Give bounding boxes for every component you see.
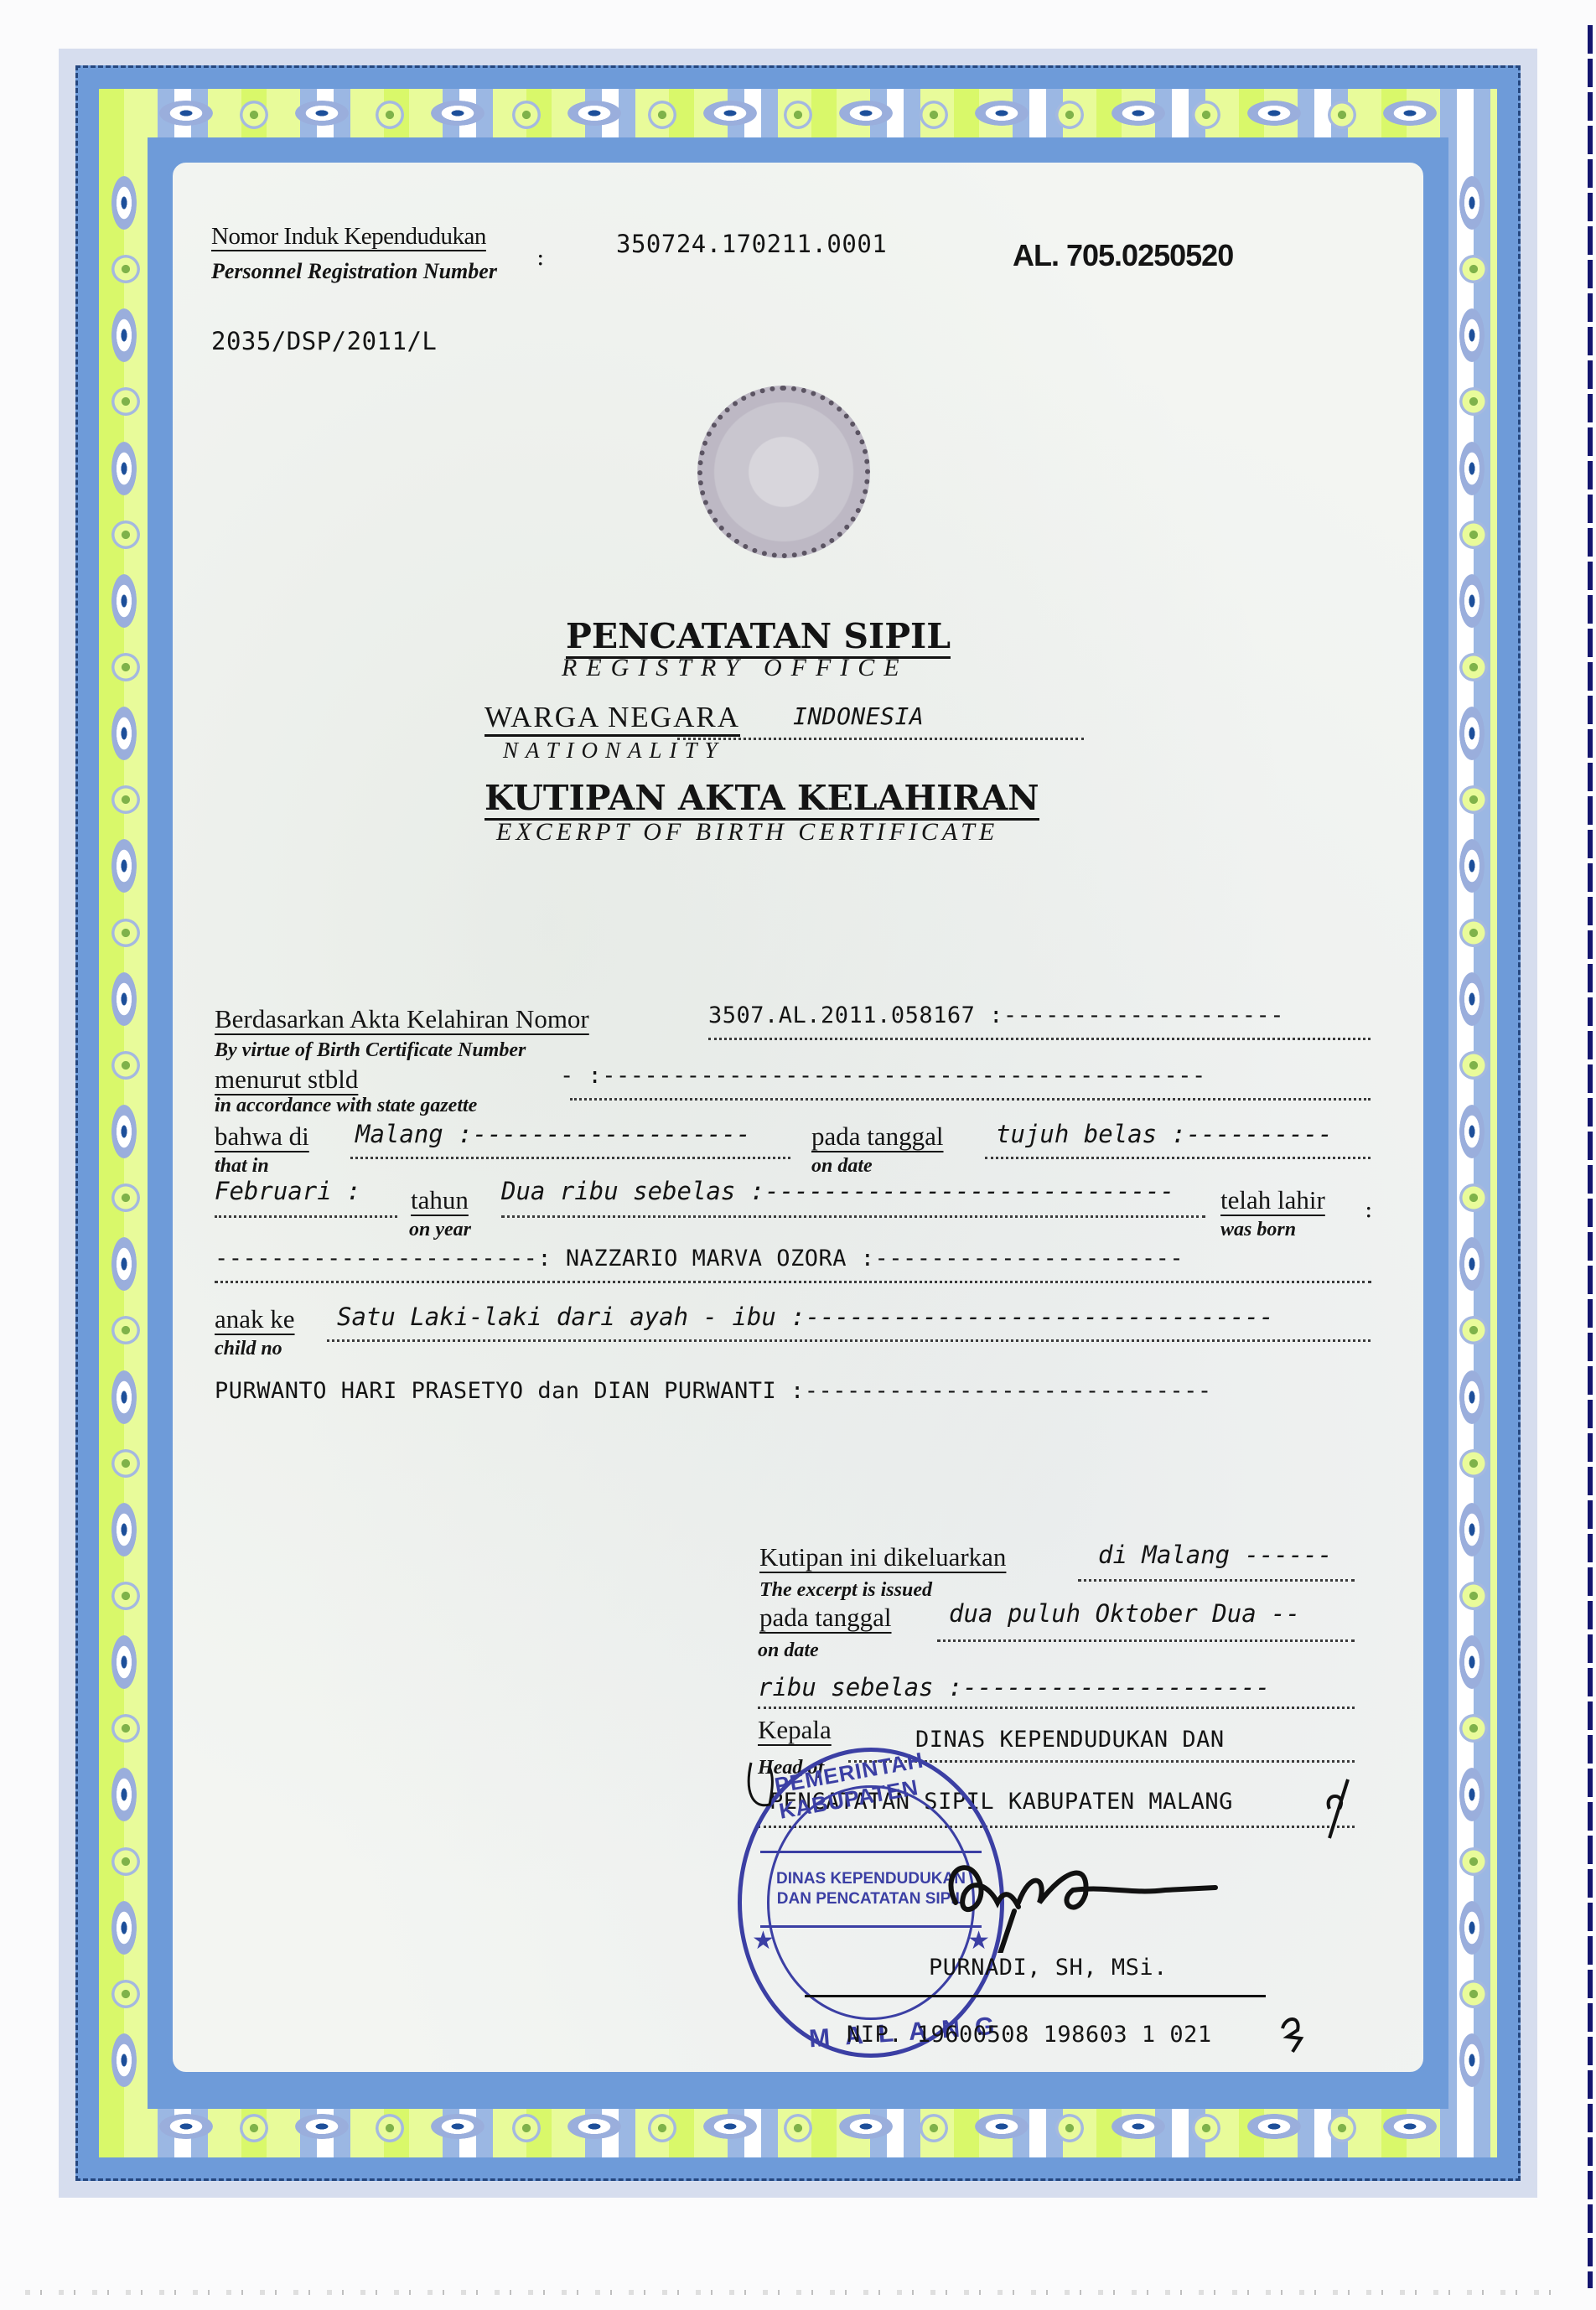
issued-value: di Malang ------ bbox=[1098, 1541, 1332, 1569]
birth-year-label-en: on year bbox=[409, 1219, 471, 1241]
border-ornament-icon bbox=[431, 2114, 484, 2139]
border-ornament-icon bbox=[111, 1237, 137, 1291]
border-ornament-icon bbox=[1459, 919, 1488, 947]
border-ornament-icon bbox=[376, 2114, 404, 2142]
border-ornament-icon bbox=[839, 101, 893, 126]
border-ornament-icon bbox=[1459, 1316, 1488, 1344]
border-ornament-icon bbox=[111, 1714, 140, 1743]
border-ornament-icon bbox=[567, 101, 621, 126]
garuda-emblem-icon bbox=[697, 386, 870, 558]
border-ornament-icon bbox=[1459, 1901, 1485, 1955]
border-motifs-left bbox=[111, 176, 140, 2087]
border-ornament-icon bbox=[1328, 2114, 1356, 2142]
border-ornament-icon bbox=[1383, 2114, 1437, 2139]
paraf-mark bbox=[1323, 1775, 1356, 1842]
border-ornament-icon bbox=[1459, 1768, 1485, 1821]
issue-date-dotted-line-1 bbox=[937, 1639, 1355, 1642]
border-ornament-icon bbox=[1459, 1051, 1488, 1080]
border-ornament-icon bbox=[1459, 1237, 1485, 1291]
border-ornament-icon bbox=[1459, 653, 1488, 681]
border-ornament-icon bbox=[159, 2114, 213, 2139]
signature-line bbox=[805, 1995, 1266, 1997]
stbld-label: menurut stbld bbox=[215, 1064, 358, 1095]
border-ornament-icon bbox=[1383, 101, 1437, 126]
border-ornament-icon bbox=[376, 101, 404, 129]
head-label: Kepala bbox=[758, 1715, 832, 1745]
border-ornament-icon bbox=[111, 1503, 137, 1556]
nik-label: Nomor Induk Kependudukan bbox=[211, 223, 486, 251]
border-ornament-icon bbox=[159, 101, 213, 126]
border-ornament-icon bbox=[1459, 2033, 1485, 2087]
initial-mark-left bbox=[744, 1758, 778, 1817]
star-icon: ★ bbox=[752, 1926, 775, 1955]
border-ornament-icon bbox=[1192, 2114, 1220, 2142]
registry-title-en: REGISTRY OFFICE bbox=[562, 654, 909, 682]
border-ornament-icon bbox=[648, 2114, 676, 2142]
border-ornament-icon bbox=[1111, 2114, 1165, 2139]
border-ornament-icon bbox=[648, 101, 676, 129]
border-ornament-icon bbox=[1459, 839, 1485, 893]
birth-year-value: Dua ribu sebelas :----------------------… bbox=[501, 1177, 1174, 1205]
border-motifs-top bbox=[159, 101, 1437, 129]
official-name: PURNADI, SH, MSi. bbox=[929, 1955, 1168, 1981]
border-ornament-icon bbox=[111, 1980, 140, 2008]
border-ornament-icon bbox=[1459, 972, 1485, 1026]
border-ornament-icon bbox=[111, 653, 140, 681]
border-ornament-icon bbox=[1459, 1980, 1488, 2008]
border-ornament-icon bbox=[111, 1847, 140, 1876]
border-ornament-icon bbox=[1459, 1582, 1488, 1610]
border-ornament-icon bbox=[1459, 574, 1485, 628]
border-ornament-icon bbox=[111, 707, 137, 760]
border-ornament-icon bbox=[111, 1105, 137, 1158]
border-ornament-icon bbox=[1459, 1714, 1488, 1743]
border-ornament-icon bbox=[784, 2114, 812, 2142]
border-ornament-icon bbox=[1459, 1635, 1485, 1689]
stbld-dotted-line bbox=[570, 1098, 1371, 1101]
birth-year-dotted-line bbox=[501, 1215, 1205, 1218]
border-ornament-icon bbox=[1459, 387, 1488, 416]
border-ornament-icon bbox=[1459, 521, 1488, 549]
border-ornament-icon bbox=[1247, 2114, 1301, 2139]
border-ornament-icon bbox=[1459, 1105, 1485, 1158]
was-born-label-en: was born bbox=[1220, 1219, 1296, 1241]
border-ornament-icon bbox=[1459, 707, 1485, 760]
birthplace-value: Malang :------------------- bbox=[355, 1120, 750, 1148]
birthdate-value: tujuh belas :---------- bbox=[996, 1120, 1333, 1148]
birthdate-dotted-line bbox=[985, 1157, 1371, 1159]
border-ornament-icon bbox=[512, 2114, 541, 2142]
border-ornament-icon bbox=[975, 101, 1029, 126]
issued-label: Kutipan ini dikeluarkan bbox=[759, 1542, 1006, 1572]
border-ornament-icon bbox=[1055, 2114, 1084, 2142]
reference-number: 2035/DSP/2011/L bbox=[211, 327, 437, 355]
border-ornament-icon bbox=[111, 442, 137, 495]
birthdate-label-en: on date bbox=[811, 1155, 873, 1178]
border-ornament-icon bbox=[1459, 785, 1488, 814]
nationality-label-en: NATIONALITY bbox=[503, 738, 725, 764]
border-ornament-icon bbox=[1459, 1370, 1485, 1424]
border-ornament-icon bbox=[111, 521, 140, 549]
border-ornament-icon bbox=[111, 839, 137, 893]
was-born-label: telah lahir bbox=[1220, 1185, 1325, 1215]
border-ornament-icon bbox=[1459, 1847, 1488, 1876]
main-title-en: EXCERPT OF BIRTH CERTIFICATE bbox=[496, 818, 998, 847]
nationality-label: WARGA NEGARA bbox=[484, 701, 740, 737]
stbld-label-en: in accordance with state gazette bbox=[215, 1095, 477, 1117]
border-ornament-icon bbox=[784, 101, 812, 129]
child-no-value: Satu Laki-laki dari ayah - ibu :--------… bbox=[337, 1303, 1273, 1331]
paraf-mark-nip bbox=[1276, 2012, 1309, 2054]
issue-date-dotted-line-2 bbox=[758, 1707, 1355, 1709]
birth-month-dotted-line bbox=[215, 1215, 397, 1218]
stamp-center-line-2: DAN PENCATATAN SIPIL bbox=[777, 1889, 965, 1909]
nik-colon: : bbox=[536, 243, 544, 271]
birth-month-value: Februari : bbox=[215, 1177, 361, 1205]
border-ornament-icon bbox=[111, 1316, 140, 1344]
border-ornament-icon bbox=[111, 1582, 140, 1610]
border-ornament-icon bbox=[1459, 1449, 1488, 1478]
child-name-dotted-line bbox=[215, 1281, 1371, 1283]
border-ornament-icon bbox=[512, 101, 541, 129]
border-ornament-icon bbox=[1459, 176, 1485, 230]
border-ornament-icon bbox=[839, 2114, 893, 2139]
border-ornament-icon bbox=[111, 176, 137, 230]
nik-sublabel: Personnel Registration Number bbox=[211, 259, 497, 284]
border-ornament-icon bbox=[240, 101, 268, 129]
child-no-label-en: child no bbox=[215, 1338, 282, 1360]
border-ornament-icon bbox=[1459, 308, 1485, 362]
birth-year-label: tahun bbox=[411, 1185, 469, 1215]
border-ornament-icon bbox=[431, 101, 484, 126]
child-no-dotted-line bbox=[327, 1339, 1371, 1342]
child-no-label: anak ke bbox=[215, 1304, 295, 1334]
was-born-colon: : bbox=[1365, 1195, 1372, 1223]
issue-date-label: pada tanggal bbox=[759, 1603, 892, 1633]
border-ornament-icon bbox=[1459, 1503, 1485, 1556]
border-ornament-icon bbox=[1055, 101, 1084, 129]
border-ornament-icon bbox=[111, 1635, 137, 1689]
birthplace-dotted-line bbox=[350, 1157, 790, 1159]
official-nip: NIP. 19600508 198603 1 021 bbox=[847, 2022, 1212, 2048]
border-ornament-icon bbox=[111, 2033, 137, 2087]
nationality-dotted-line bbox=[677, 738, 1084, 740]
issue-date-label-en: on date bbox=[758, 1639, 819, 1662]
birthplace-label: bahwa di bbox=[215, 1121, 309, 1152]
issued-label-en: The excerpt is issued bbox=[759, 1579, 932, 1602]
official-signature bbox=[939, 1852, 1232, 1953]
nik-value: 350724.170211.0001 bbox=[616, 230, 887, 258]
issue-date-value-1: dua puluh Oktober Dua -- bbox=[949, 1599, 1300, 1628]
border-ornament-icon bbox=[1459, 255, 1488, 283]
border-ornament-icon bbox=[111, 1449, 140, 1478]
parents-value: PURWANTO HARI PRASETYO dan DIAN PURWANTI… bbox=[215, 1378, 1212, 1404]
border-ornament-icon bbox=[1111, 101, 1165, 126]
border-ornament-icon bbox=[1328, 101, 1356, 129]
border-ornament-icon bbox=[975, 2114, 1029, 2139]
border-ornament-icon bbox=[703, 101, 757, 126]
border-ornament-icon bbox=[1247, 101, 1301, 126]
cert-no-label-en: By virtue of Birth Certificate Number bbox=[215, 1039, 526, 1062]
serial-number: AL. 705.0250520 bbox=[1013, 238, 1233, 273]
stamp-center-line-1: DINAS KEPENDUDUKAN bbox=[776, 1869, 966, 1889]
border-ornament-icon bbox=[111, 919, 140, 947]
border-ornament-icon bbox=[920, 2114, 948, 2142]
border-ornament-icon bbox=[295, 101, 349, 126]
border-ornament-icon bbox=[111, 1051, 140, 1080]
border-ornament-icon bbox=[111, 1183, 140, 1212]
border-ornament-icon bbox=[111, 1901, 137, 1955]
border-ornament-icon bbox=[240, 2114, 268, 2142]
child-name-value: -----------------------: NAZZARIO MARVA … bbox=[215, 1246, 1184, 1272]
birthdate-label: pada tanggal bbox=[811, 1121, 944, 1152]
border-ornament-icon bbox=[111, 255, 140, 283]
main-title: KUTIPAN AKTA KELAHIRAN bbox=[484, 778, 1039, 821]
border-ornament-icon bbox=[111, 574, 137, 628]
issued-dotted-line bbox=[1078, 1579, 1355, 1582]
nationality-value: INDONESIA bbox=[793, 702, 924, 730]
border-motifs-right bbox=[1459, 176, 1488, 2087]
border-ornament-icon bbox=[111, 785, 140, 814]
border-ornament-icon bbox=[111, 1370, 137, 1424]
cert-no-label: Berdasarkan Akta Kelahiran Nomor bbox=[215, 1004, 589, 1034]
cert-no-value: 3507.AL.2011.058167 :-------------------… bbox=[708, 1002, 1284, 1028]
cert-no-dotted-line bbox=[708, 1038, 1371, 1040]
border-ornament-icon bbox=[111, 1768, 137, 1821]
border-ornament-icon bbox=[703, 2114, 757, 2139]
border-ornament-icon bbox=[111, 972, 137, 1026]
scan-edge-strip bbox=[1588, 25, 1593, 2288]
border-ornament-icon bbox=[111, 387, 140, 416]
scan-artifact-line bbox=[25, 2290, 1562, 2295]
border-ornament-icon bbox=[1192, 101, 1220, 129]
border-ornament-icon bbox=[1459, 1183, 1488, 1212]
border-motifs-bottom bbox=[159, 2114, 1437, 2142]
border-ornament-icon bbox=[1459, 442, 1485, 495]
birthplace-label-en: that in bbox=[215, 1155, 269, 1178]
border-ornament-icon bbox=[567, 2114, 621, 2139]
issue-date-value-2: ribu sebelas :--------------------- bbox=[758, 1673, 1270, 1701]
border-ornament-icon bbox=[111, 308, 137, 362]
border-ornament-icon bbox=[295, 2114, 349, 2139]
border-ornament-icon bbox=[920, 101, 948, 129]
registry-title: PENCATATAN SIPIL bbox=[566, 616, 951, 659]
stbld-value: - :-------------------------------------… bbox=[560, 1063, 1206, 1089]
